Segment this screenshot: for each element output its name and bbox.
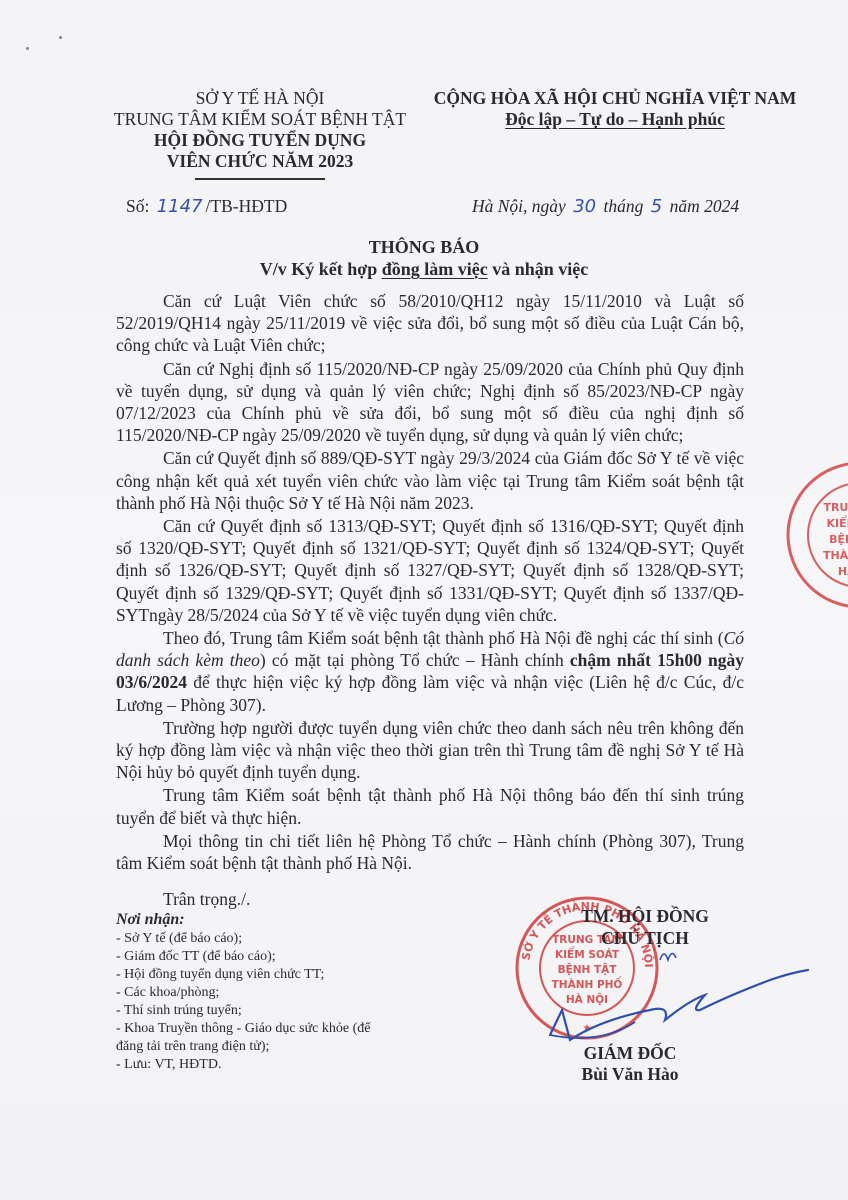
signer-name: Bùi Văn Hào	[545, 1064, 715, 1085]
authority-line-2: TRUNG TÂM KIỂM SOÁT BỆNH TẬT	[110, 109, 410, 130]
signer-title: GIÁM ĐỐC	[545, 1043, 715, 1064]
recipient-item: - Khoa Truyền thông - Giáo dục sức khỏe …	[116, 1020, 386, 1056]
closing-salutation: Trân trọng./.	[163, 889, 250, 910]
doc-number-suffix: /TB-HĐTD	[206, 196, 288, 216]
paragraph-legal-basis-3: Căn cứ Quyết định số 889/QĐ-SYT ngày 29/…	[116, 447, 744, 514]
paragraph-notice: Trung tâm Kiểm soát bệnh tật thành phố H…	[116, 784, 744, 828]
title-subject: V/v Ký kết hợp đồng làm việc và nhận việ…	[0, 258, 848, 280]
handwritten-signature	[540, 940, 810, 1050]
date-day-handwritten: 30	[570, 196, 599, 217]
paragraph-request: Theo đó, Trung tâm Kiểm soát bệnh tật th…	[116, 627, 744, 716]
subject-part: và nhận việc	[488, 259, 589, 279]
recipient-item: - Lưu: VT, HĐTD.	[116, 1056, 386, 1074]
recipient-item: - Giám đốc TT (để báo cáo);	[116, 948, 386, 966]
document-page: SỞ Y TẾ HÀ NỘI TRUNG TÂM KIỂM SOÁT BỆNH …	[0, 0, 848, 1200]
recipients-list: Nơi nhận: - Sở Y tế (để báo cáo); - Giám…	[116, 910, 386, 1074]
recipient-item: - Hội đồng tuyển dụng viên chức TT;	[116, 966, 386, 984]
paragraph-contact: Mọi thông tin chi tiết liên hệ Phòng Tổ …	[116, 830, 744, 874]
paragraph-cancellation: Trường hợp người được tuyển dụng viên ch…	[116, 717, 744, 784]
national-header: CỘNG HÒA XÃ HỘI CHỦ NGHĨA VIỆT NAM Độc l…	[425, 88, 805, 130]
scan-speck	[59, 36, 62, 39]
authority-line-1: SỞ Y TẾ HÀ NỘI	[110, 88, 410, 109]
document-body: Căn cứ Luật Viên chức số 58/2010/QH12 ng…	[116, 290, 744, 874]
signer-on-behalf: TM. HỘI ĐỒNG	[545, 905, 745, 927]
paragraph-legal-basis-1: Căn cứ Luật Viên chức số 58/2010/QH12 ng…	[116, 290, 744, 357]
text-run: Theo đó, Trung tâm Kiểm soát bệnh tật th…	[163, 628, 724, 648]
national-motto: Độc lập – Tự do – Hạnh phúc	[505, 109, 725, 129]
date-month-handwritten: 5	[648, 196, 665, 217]
text-run: ) có mặt tại phòng Tổ chức – Hành chính	[260, 650, 570, 670]
stamp-line: THÀNH PHỐ	[823, 547, 848, 562]
scan-speck	[26, 47, 29, 50]
doc-number-handwritten: 1147	[154, 196, 206, 217]
date-year: năm 2024	[670, 196, 740, 216]
title-heading: THÔNG BÁO	[0, 236, 848, 258]
recipient-item: - Thí sinh trúng tuyển;	[116, 1002, 386, 1020]
issuing-authority-header: SỞ Y TẾ HÀ NỘI TRUNG TÂM KIỂM SOÁT BỆNH …	[110, 88, 410, 180]
document-title: THÔNG BÁO V/v Ký kết hợp đồng làm việc v…	[0, 236, 848, 280]
header-divider	[195, 178, 325, 180]
subject-part: V/v Ký kết hợp	[260, 259, 382, 279]
stamp-line: BỆNH TẬT	[829, 533, 848, 546]
edge-seal-stamp: TRUNG TÂM KIỂM SOÁT BỆNH TẬT THÀNH PHỐ H…	[780, 455, 848, 615]
recipient-item: - Các khoa/phòng;	[116, 984, 386, 1002]
stamp-line: HÀ NỘI	[838, 565, 848, 578]
date-month-label: tháng	[603, 196, 643, 216]
stamp-line: TRUNG TÂM	[823, 501, 848, 514]
stamp-line: KIỂM SOÁT	[826, 515, 848, 530]
authority-line-4: VIÊN CHỨC NĂM 2023	[110, 151, 410, 172]
nation-name: CỘNG HÒA XÃ HỘI CHỦ NGHĨA VIỆT NAM	[425, 88, 805, 109]
subject-underlined: đồng làm việc	[382, 259, 488, 279]
recipients-label: Nơi nhận:	[116, 910, 386, 930]
doc-number-prefix: Số:	[126, 196, 149, 216]
signer-details: GIÁM ĐỐC Bùi Văn Hào	[545, 1043, 715, 1085]
recipient-item: - Sở Y tế (để báo cáo);	[116, 930, 386, 948]
document-number: Số: 1147/TB-HĐTD	[126, 196, 287, 217]
date-prefix: Hà Nội, ngày	[472, 196, 566, 216]
place-and-date: Hà Nội, ngày 30 tháng 5 năm 2024	[472, 196, 739, 217]
text-run: để thực hiện việc ký hợp đồng làm việc v…	[116, 672, 744, 714]
paragraph-legal-basis-2: Căn cứ Nghị định số 115/2020/NĐ-CP ngày …	[116, 358, 744, 447]
paragraph-legal-basis-4: Căn cứ Quyết định số 1313/QĐ-SYT; Quyết …	[116, 515, 744, 626]
authority-line-3: HỘI ĐỒNG TUYỂN DỤNG	[110, 130, 410, 151]
